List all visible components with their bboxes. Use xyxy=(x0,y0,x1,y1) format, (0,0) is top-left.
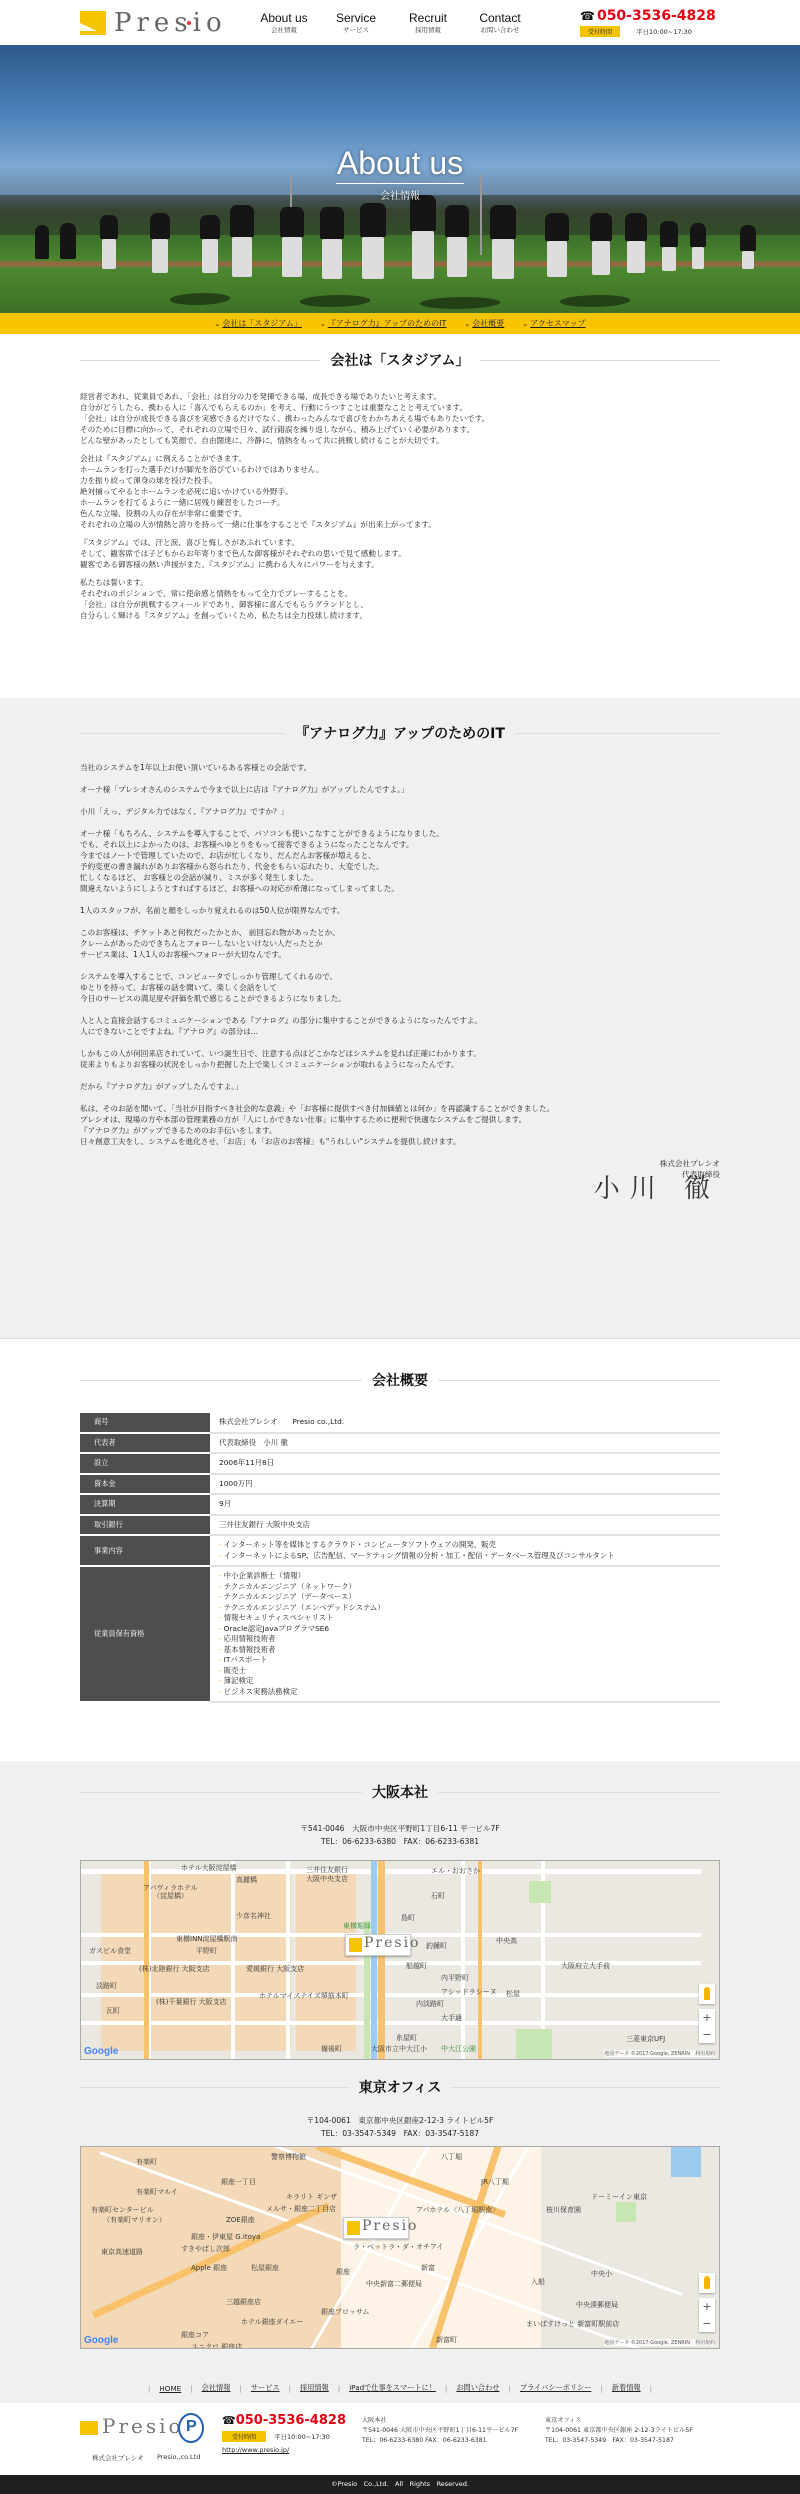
osaka-address: 〒541-0046 大阪市中央区平野町1丁目6-11 平一ビル7F TEL：06… xyxy=(80,1822,720,1848)
footer-link-privacy[interactable]: プライバシーポリシー xyxy=(520,2383,592,2393)
analog-title: 『アナログ力』アップのためのIT xyxy=(285,726,515,742)
nav-contact[interactable]: Contactお問い合わせ xyxy=(464,12,536,35)
logo-dot xyxy=(187,21,191,25)
map-label: 銀座プロッサム xyxy=(321,2307,370,2317)
street-view-pegman-icon[interactable] xyxy=(699,2273,715,2293)
office-address: 〒541-0046 大阪市中央区平野町1丁目6-11平一ビル7F xyxy=(362,2426,518,2436)
site-logo[interactable]: Presio xyxy=(80,10,200,38)
stadium-paragraph: 私たちは誓います。それぞれのポジションで、常に使命感と情熱をもって全力でプレーす… xyxy=(80,577,720,621)
map-copyright[interactable]: 地図データ ©2017 Google, ZENRIN 利用規約 xyxy=(604,2050,715,2057)
hero-player-legs xyxy=(547,241,567,277)
text-line: でも、それ以上によかったのは、お客様へゆとりをもって接客できるようになったことな… xyxy=(80,840,414,849)
map-label: ホテル銀座ダイエー xyxy=(241,2317,303,2327)
map-label: ホテルマイステイズ堺筋本町 xyxy=(259,1991,349,2001)
section-title: 大阪本社 xyxy=(80,1781,720,1805)
hero-player xyxy=(590,213,612,241)
anchor-stadium[interactable]: ⌄会社は「スタジアム」 xyxy=(215,318,302,329)
list-item-text: 情報セキュリティスペシャリスト xyxy=(224,1613,334,1622)
table-row: 代表者代表取締役 小川 徹 xyxy=(80,1434,720,1455)
hero-shadow xyxy=(296,295,374,307)
footer-link-home[interactable]: HOME xyxy=(159,2384,181,2393)
logo-mark-icon xyxy=(80,2421,98,2435)
row-value: 2006年11月8日 xyxy=(210,1454,720,1475)
text-line: ホームランを打った選手だけが脚光を浴びているわけではありません。 xyxy=(80,465,323,474)
row-value: 株式会社プレシオ Presio co.,Ltd. xyxy=(210,1413,720,1434)
anchor-analog-label: 『アナログ力』アップのためのIT xyxy=(328,319,447,328)
list-item-text: 簿記検定 xyxy=(224,1676,254,1685)
analog-paragraph: しかもこの人が何回来店されていて、いつ誕生日で、注意する点はどこかなどはシステム… xyxy=(80,1048,720,1070)
map-label: 大阪中央支店 xyxy=(306,1874,348,1884)
text-line: このお客様は、チケットあと何枚だったかとか、 前回忘れ物があったとか、 xyxy=(80,928,340,937)
map-label: ドーミーイン東京 xyxy=(591,2192,647,2202)
bullet: - xyxy=(219,1634,222,1643)
text-line: 従来よりもよりお客様の状況をしっかり把握した上で楽しくコミュニケーションが取れる… xyxy=(80,1060,459,1069)
list-item: -Oracle認定JavaプログラマSE6 xyxy=(219,1624,711,1635)
copyright-text: ©Presio Co.,Ltd. All Rights Reserved. xyxy=(331,2480,469,2488)
hero-title-en: About us xyxy=(336,145,464,184)
row-label: 事業内容 xyxy=(80,1536,210,1567)
map-label: すきやばし次郎 xyxy=(181,2244,230,2254)
section-title: 『アナログ力』アップのためのIT xyxy=(80,722,720,746)
map-river xyxy=(371,1861,377,2060)
signature-handwriting: 小川 徹 xyxy=(80,1184,720,1195)
map-marker-presio[interactable]: Presio xyxy=(345,1934,411,1956)
map-label: 内淡路町 xyxy=(416,1999,444,2009)
row-label: 取引銀行 xyxy=(80,1516,210,1537)
map-label: 中央高 xyxy=(496,1936,517,1946)
list-item-text: ITパスポート xyxy=(224,1655,268,1664)
map-label: 船越町 xyxy=(406,1961,427,1971)
hero-player xyxy=(545,213,569,241)
hero-player-legs xyxy=(102,239,116,269)
hero-player-legs xyxy=(662,247,676,271)
row-label: 従業員保有資格 xyxy=(80,1567,210,1703)
map-label: 有楽町センタービル xyxy=(91,2205,154,2215)
text-line: 「会社」は自分が挑戦するフィールドであり、御客様に喜んでもらうグランドとし、 xyxy=(80,600,368,609)
logo-mark-icon xyxy=(347,2221,360,2235)
bullet: - xyxy=(219,1613,222,1622)
text-line: 1人のスタッフが、名前と顔をしっかり覚えれるのは50人位が限界なんです。 xyxy=(80,906,344,915)
divider: | xyxy=(239,2384,241,2393)
map-label: 石町 xyxy=(431,1891,445,1901)
map-label: 松屋 xyxy=(506,1989,520,1999)
list-item-text: インターネットによるSP、広告配信、マーケティング情報の分析・加工・配信・データ… xyxy=(224,1551,615,1560)
phone-icon: ☎ xyxy=(222,2414,236,2427)
text-line: 私たちは誓います。 xyxy=(80,578,148,587)
zoom-in-button[interactable]: + xyxy=(699,2298,715,2315)
logo-text: Presio xyxy=(114,8,227,38)
site-header: Presio About us会社情報 Serviceサービス Recruit採… xyxy=(0,0,800,45)
map-label: 糸屋町 xyxy=(396,2033,417,2043)
text-line: 力を振り絞って渾身の球を投げた投手。 xyxy=(80,476,217,485)
hero-player xyxy=(360,203,386,237)
row-value: 1000万円 xyxy=(210,1475,720,1496)
stadium-paragraph: 『スタジアム』では、汗と涙、喜びと悔しさがあふれています。そして、観客席では子ど… xyxy=(80,537,720,570)
map-park xyxy=(616,2202,636,2222)
map-label: 銀座コア xyxy=(181,2330,209,2340)
anchor-access[interactable]: ⌄アクセスマップ xyxy=(522,318,585,329)
text-line: 会社は『スタジアム』に例えることができます。 xyxy=(80,454,246,463)
list-item-text: テクニカルエンジニア（ネットワーク） xyxy=(224,1582,356,1591)
bullet: - xyxy=(219,1676,222,1685)
hero-player-legs xyxy=(232,237,252,277)
nav-recruit-en: Recruit xyxy=(392,12,464,25)
footer-office-tokyo: 東京オフィス 〒104-0061 東京都中央区銀座 2-12-3ライトビル5F … xyxy=(545,2416,693,2446)
hero-player-legs xyxy=(322,239,342,279)
header-contact: ☎050-3536-4828 受付時間平日10:00~17:30 xyxy=(580,8,716,37)
nav-service[interactable]: Serviceサービス xyxy=(320,12,392,35)
map-zoom-control: +− xyxy=(699,2009,715,2043)
text-line: 『アナログ力』がアップできるためのお手伝いをします。 xyxy=(80,1126,277,1135)
map-label: 中央小 xyxy=(591,2269,612,2279)
row-label: 代表者 xyxy=(80,1434,210,1455)
map-road xyxy=(286,1861,290,2060)
hero-player xyxy=(100,215,118,239)
footer-office-osaka: 大阪本社 〒541-0046 大阪市中央区平野町1丁目6-11平一ビル7F TE… xyxy=(362,2416,518,2446)
stadium-paragraph: 会社は『スタジアム』に例えることができます。ホームランを打った選手だけが脚光を浴… xyxy=(80,453,720,530)
chevron-down-icon: ⌄ xyxy=(215,320,221,328)
text-line: 経営者であれ、従業員であれ、「会社」は自分の力を発揮できる場、成長できる場であり… xyxy=(80,392,441,401)
anchor-overview[interactable]: ⌄会社概要 xyxy=(464,318,504,329)
hero-player-legs xyxy=(447,237,467,277)
logo-mark-icon xyxy=(80,11,106,35)
bullet: - xyxy=(219,1645,222,1654)
map-label: 有楽町マルイ xyxy=(136,2187,178,2197)
divider: | xyxy=(289,2384,291,2393)
list-item: -テクニカルエンジニア（データベース） xyxy=(219,1592,711,1603)
hero-player-legs xyxy=(152,239,168,273)
anchor-access-label: アクセスマップ xyxy=(530,319,585,328)
hero-player xyxy=(200,215,220,239)
list-item: -販売士 xyxy=(219,1666,711,1677)
list-item: -応用情報技術者 xyxy=(219,1634,711,1645)
map-label: 有楽町 xyxy=(136,2157,157,2167)
list-item-text: 中小企業診断士（情報） xyxy=(224,1571,305,1580)
map-label: ホテル大阪淀屋橋 xyxy=(181,1863,237,1873)
map-label: キラリト ギンザ xyxy=(286,2192,337,2202)
hero-player xyxy=(490,205,516,239)
text-line: 忙しくなるほど、 お客様との会話が減り、ミスが多く発生しました。 xyxy=(80,873,318,882)
row-value: -インターネット等を媒体とするクラウド・コンピュータソフトウェアの開発、販売 -… xyxy=(210,1536,720,1567)
bullet: - xyxy=(219,1603,222,1612)
text-line: 間違えないようにしようとすればするほど、お客様への対応が希薄になってしまってまし… xyxy=(80,884,399,893)
map-park xyxy=(529,1881,551,1903)
text-line: プレシオは、現場の方や本部の管理業務の方が「人にしかできない仕事」に集中するため… xyxy=(80,1115,526,1124)
analog-body: 当社のシステムを1年以上お使い頂いているある客様との会話です。 オーナ様「プレシ… xyxy=(80,762,720,1195)
footer-hours: 受付時間平日10:00~17:30 xyxy=(222,2431,346,2442)
map-highway xyxy=(478,1861,482,2060)
analog-paragraph: このお客様は、チケットあと何枚だったかとか、 前回忘れ物があったとか、クレームが… xyxy=(80,927,720,960)
text-line: システムを導入することで、コンピュータでしっかり管理してくれるので、 xyxy=(80,972,337,981)
map-road xyxy=(81,1869,701,1874)
map-label: 少彦名神社 xyxy=(236,1911,271,1921)
osaka-map[interactable]: ホテル大阪淀屋橋 三井住友銀行 大阪中央支店 高麗橋 アパヴィラホテル （淀屋橋… xyxy=(80,1860,720,2060)
section-title: 会社概要 xyxy=(80,1369,720,1393)
footer-url-link[interactable]: http://www.presio.jp/ xyxy=(222,2446,346,2454)
table-row: 取引銀行三井住友銀行 大阪中央支店 xyxy=(80,1516,720,1537)
hero-player xyxy=(280,207,304,237)
text-line: しかもこの人が何回来店されていて、いつ誕生日で、注意する点はどこかなどはシステム… xyxy=(80,1049,481,1058)
text-line: 日々創意工夫をし、システムを進化させ、「お店」も「お店のお客様」も"うれしい"シ… xyxy=(80,1137,461,1146)
map-label: 松屋銀座 xyxy=(251,2263,279,2273)
footer-logo-text: Presio xyxy=(102,2414,184,2438)
hero-banner: About us 会社情報 xyxy=(0,45,800,313)
footer-phone[interactable]: ☎050-3536-4828 xyxy=(222,2413,346,2428)
map-label: エル・おおさか xyxy=(431,1866,480,1876)
divider: | xyxy=(600,2384,602,2393)
map-label: 中大江公園 xyxy=(441,2044,476,2054)
map-label: 愛媛銀行 大阪支店 xyxy=(246,1964,304,1974)
company-overview-table: 商号株式会社プレシオ Presio co.,Ltd. 代表者代表取締役 小川 徹… xyxy=(80,1413,720,1703)
text-line: 自分がどうしたら、携わる人に「喜んでもらえるのか」を考え、行動にうつすことは重要… xyxy=(80,403,467,412)
header-hours: 受付時間平日10:00~17:30 xyxy=(580,26,716,37)
text-line: 私は、そのお話を聞いて、「当社が目指すべき社会的な意義」や「お客様に提供すべき付… xyxy=(80,1104,554,1113)
office-name: 大阪本社 xyxy=(362,2416,518,2426)
divider: | xyxy=(650,2384,652,2393)
text-line: サービス業は、1人1人のお客様へフォローが大切なんです。 xyxy=(80,950,286,959)
hero-title: About us 会社情報 xyxy=(0,145,800,202)
map-label: 大阪市立中大江小 xyxy=(371,2044,427,2054)
hero-shadow xyxy=(166,293,234,305)
text-line: 予約変更の書き漏れがありお客様から怒られたり、代金をもらい忘れたり、大変でした。 xyxy=(80,862,384,871)
list-item: -ITパスポート xyxy=(219,1655,711,1666)
list-item: -テクニカルエンジニア（ネットワーク） xyxy=(219,1582,711,1593)
hours-text: 平日10:00~17:30 xyxy=(636,27,692,36)
footer-contact: ☎050-3536-4828 受付時間平日10:00~17:30 http://… xyxy=(222,2413,346,2454)
street-view-pegman-icon[interactable] xyxy=(699,1984,715,2004)
map-park xyxy=(516,2029,552,2060)
table-row: 決算期9月 xyxy=(80,1495,720,1516)
zoom-out-button[interactable]: − xyxy=(699,2315,715,2332)
nav-service-en: Service xyxy=(320,12,392,25)
divider: | xyxy=(190,2384,192,2393)
footer-logo[interactable]: Presio xyxy=(80,2416,166,2440)
row-value: -中小企業診断士（情報） -テクニカルエンジニア（ネットワーク） -テクニカルエ… xyxy=(210,1567,720,1703)
list-item-text: テクニカルエンジニア（データベース） xyxy=(224,1592,356,1601)
osaka-telfax: TEL：06-6233-6380 FAX：06-6233-6381 xyxy=(80,1835,720,1848)
map-label: アシッドラシーヌ xyxy=(441,1987,497,1997)
text-line: オーナ様「もちろん、システムを導入することで、パソコンも使いこなすことができるよ… xyxy=(80,829,444,838)
tokyo-address-line: 〒104-0061 東京都中央区銀座2-12-3 ライトビル5F xyxy=(80,2114,720,2127)
text-line: どんな壁があったとしても笑顔で、自由闊達に、冷静に、情熱をもって共に挑戦し続ける… xyxy=(80,436,444,445)
analog-paragraph: システムを導入することで、コンピュータでしっかり管理してくれるので、ゆとりを持っ… xyxy=(80,971,720,1004)
list-item: -インターネットによるSP、広告配信、マーケティング情報の分析・加工・配信・デー… xyxy=(219,1551,711,1562)
hero-player-legs xyxy=(362,237,384,279)
hero-shadow xyxy=(416,297,504,309)
row-label: 資本金 xyxy=(80,1475,210,1496)
map-label: 東京高速道路 xyxy=(101,2247,143,2257)
map-label: 中央湊郵便局 xyxy=(576,2300,618,2310)
hero-player-legs xyxy=(412,231,434,279)
text-line: 「会社」は自分が成長できる喜びを実感できるだけでなく、携わったみんなで喜びをわか… xyxy=(80,414,489,423)
nav-about-en: About us xyxy=(248,12,320,25)
map-label: 釣鐘町 xyxy=(426,1941,447,1951)
bullet: - xyxy=(219,1592,222,1601)
footer-link-recruit[interactable]: 採用情報 xyxy=(300,2383,329,2393)
office-name: 東京オフィス xyxy=(545,2416,693,2426)
text-line: 今日のサービスの満足度や評価を肌で感じることができるようになりました。 xyxy=(80,994,346,1003)
row-value: 9月 xyxy=(210,1495,720,1516)
footer-link-contact[interactable]: お問い合わせ xyxy=(456,2383,499,2393)
map-zoom-control: +− xyxy=(699,2298,715,2332)
map-label: Apple 銀座 xyxy=(191,2263,227,2273)
osaka-address-line: 〒541-0046 大阪市中央区平野町1丁目6-11 平一ビル7F xyxy=(80,1822,720,1835)
bullet: - xyxy=(219,1666,222,1675)
chevron-down-icon: ⌄ xyxy=(522,320,528,328)
nav-about[interactable]: About us会社情報 xyxy=(248,12,320,35)
bullet: - xyxy=(219,1655,222,1664)
copyright-bar: ©Presio Co.,Ltd. All Rights Reserved. xyxy=(0,2475,800,2494)
hero-player-legs xyxy=(627,241,645,273)
zoom-out-button[interactable]: − xyxy=(699,2026,715,2043)
hero-player xyxy=(445,205,469,237)
map-marker-presio[interactable]: Presio xyxy=(343,2217,409,2239)
bullet: - xyxy=(219,1571,222,1580)
hero-player-legs xyxy=(692,247,704,269)
map-label: アパホテル〈八丁堀駅南〉 xyxy=(416,2205,499,2215)
map-copyright[interactable]: 地図データ ©2017 Google, ZENRIN 利用規約 xyxy=(604,2339,715,2346)
row-value: 三井住友銀行 大阪中央支店 xyxy=(210,1516,720,1537)
map-label: （有楽町マリオン） xyxy=(103,2215,166,2225)
nav-recruit-ja: 採用情報 xyxy=(392,25,464,35)
tokyo-telfax: TEL：03-3547-5349 FAX：03-3547-5187 xyxy=(80,2127,720,2140)
bullet: - xyxy=(219,1687,222,1696)
list-item: -基本情報技術者 xyxy=(219,1645,711,1656)
list-item: -テクニカルエンジニア（エンベデッドシステム） xyxy=(219,1603,711,1614)
page-anchor-nav: ⌄会社は「スタジアム」 ⌄『アナログ力』アップのためのIT ⌄会社概要 ⌄アクセ… xyxy=(0,313,800,334)
list-item: -ビジネス実務法務検定 xyxy=(219,1687,711,1698)
list-item-text: Oracle認定JavaプログラマSE6 xyxy=(224,1624,329,1633)
stadium-title: 会社は「スタジアム」 xyxy=(320,353,479,369)
list-item: -インターネット等を媒体とするクラウド・コンピュータソフトウェアの開発、販売 xyxy=(219,1540,711,1551)
tokyo-address: 〒104-0061 東京都中央区銀座2-12-3 ライトビル5F TEL：03-… xyxy=(80,2114,720,2140)
marker-logo-text: Presio xyxy=(364,1935,421,1951)
bullet: - xyxy=(219,1582,222,1591)
text-line: 『スタジアム』では、汗と涙、喜びと悔しさがあふれています。 xyxy=(80,538,299,547)
office-address: 〒104-0061 東京都中央区銀座 2-12-3ライトビル5F xyxy=(545,2426,693,2436)
hero-player xyxy=(625,213,647,241)
overview-title: 会社概要 xyxy=(362,1373,438,1389)
text-line: 観客である御客様の熱い声援がまた、『スタジアム』に携わる人々にパワーを与えます。 xyxy=(80,560,379,569)
divider: | xyxy=(445,2384,447,2393)
divider: | xyxy=(338,2384,340,2393)
map-water xyxy=(671,2147,701,2177)
anchor-analog[interactable]: ⌄『アナログ力』アップのためのIT xyxy=(320,318,447,329)
bullet: - xyxy=(219,1551,222,1560)
map-road xyxy=(231,1861,235,2060)
stadium-paragraph: 経営者であれ、従業員であれ、「会社」は自分の力を発揮できる場、成長できる場であり… xyxy=(80,391,720,446)
site-footer: Presio 株式会社プレシオ Presio.,co.Ltd ☎050-3536… xyxy=(0,2403,800,2475)
anchor-stadium-label: 会社は「スタジアム」 xyxy=(222,319,301,328)
map-label: 入船 xyxy=(531,2277,545,2287)
map-label: (株)千葉銀行 大阪支店 xyxy=(156,1997,227,2007)
footer-company-en: Presio.,co.Ltd xyxy=(157,2453,200,2461)
header-phone-number: 050-3536-4828 xyxy=(597,8,716,24)
row-label: 商号 xyxy=(80,1413,210,1434)
map-label: まいばすけっと 新富町駅前店 xyxy=(526,2319,619,2329)
hero-player xyxy=(35,225,49,259)
table-row: 設立2006年11月8日 xyxy=(80,1454,720,1475)
nav-service-ja: サービス xyxy=(320,25,392,35)
map-label: メルサ・銀座二丁目店 xyxy=(266,2204,336,2214)
list-item-text: テクニカルエンジニア（エンベデッドシステム） xyxy=(224,1603,385,1612)
hero-player-legs xyxy=(742,251,754,269)
table-row: 資本金1000万円 xyxy=(80,1475,720,1496)
map-label: 警察博物館 xyxy=(271,2152,306,2162)
google-logo: Google xyxy=(84,2046,118,2057)
text-line: 自分らしく輝ける『スタジアム』を創っていくため、私たちは全力投球し続けます。 xyxy=(80,611,367,620)
list-item-text: ビジネス実務法務検定 xyxy=(224,1687,298,1696)
hero-player xyxy=(690,223,706,247)
analog-paragraph: 人と人と直接会話するコミュニケーションである『アナログ』の部分に集中することがで… xyxy=(80,1015,720,1037)
hero-player xyxy=(740,225,756,251)
bullet: - xyxy=(219,1540,222,1549)
text-line: 絶対捕ってやるとホームランを必死に追いかけている外野手。 xyxy=(80,487,293,496)
text-line: 当社のシステムを1年以上お使い頂いているある客様との会話です。 xyxy=(80,763,311,772)
signature-block: 株式会社プレシオ 代表取締役 小川 徹 xyxy=(80,1158,720,1195)
map-label: 内平野町 xyxy=(441,1973,469,1983)
map-label: ガスビル食堂 xyxy=(89,1946,131,1956)
tokyo-title: 東京オフィス xyxy=(349,2080,451,2096)
section-analog: 『アナログ力』アップのためのIT 当社のシステムを1年以上お使い頂いているある客… xyxy=(0,698,800,1338)
text-line: 色んな立場、役割の人の存在が非常に重要です。 xyxy=(80,509,246,518)
text-line: 小川「えっ、デジタル力ではなく、『アナログ力』ですか？」 xyxy=(80,807,288,816)
footer-link-company[interactable]: 会社情報 xyxy=(202,2383,231,2393)
section-title: 会社は「スタジアム」 xyxy=(80,349,720,373)
hero-player-legs xyxy=(202,239,218,273)
nav-recruit[interactable]: Recruit採用情報 xyxy=(392,12,464,35)
hero-player-legs xyxy=(592,241,610,275)
tokyo-map[interactable]: 有楽町 警察博物館 銀座一丁目 有楽町マルイ キラリト ギンザ メルサ・銀座二丁… xyxy=(80,2146,720,2349)
phone-icon: ☎ xyxy=(580,9,595,23)
map-label: 大阪府立大手前 xyxy=(561,1961,610,1971)
map-label: 瓦町 xyxy=(106,2006,120,2016)
map-label: 新富 xyxy=(421,2263,435,2273)
nav-about-ja: 会社情報 xyxy=(248,25,320,35)
hero-shadow xyxy=(556,295,634,307)
map-label: 東横INN淀屋橋駅南 xyxy=(176,1934,238,1944)
table-row: 従業員保有資格 -中小企業診断士（情報） -テクニカルエンジニア（ネットワーク）… xyxy=(80,1567,720,1703)
zoom-in-button[interactable]: + xyxy=(699,2009,715,2026)
analog-paragraph: 1人のスタッフが、名前と顔をしっかり覚えれるのは50人位が限界なんです。 xyxy=(80,905,720,916)
map-label: 三菱東京UFJ xyxy=(626,2034,665,2044)
map-label: 銀座・伊東屋 G.itoya xyxy=(191,2232,260,2242)
office-telfax: TEL：06-6233-6380 FAX：06-6233-6381 xyxy=(362,2436,518,2446)
section-overview: 会社概要 商号株式会社プレシオ Presio co.,Ltd. 代表者代表取締役… xyxy=(0,1338,800,1761)
list-item-text: 応用情報技術者 xyxy=(224,1634,276,1643)
map-road xyxy=(461,1861,465,2060)
text-line: それぞれのポジションで、常に使命感と情熱をもって全力でプレーすることを。 xyxy=(80,589,352,598)
text-line: それぞれの立場の人が情熱と誇りを持って一緒に仕事をすることで『スタジアム』が出来… xyxy=(80,520,436,529)
footer-company-ja: 株式会社プレシオ xyxy=(92,2453,144,2462)
stadium-body: 経営者であれ、従業員であれ、「会社」は自分の力を発揮できる場、成長できる場であり… xyxy=(80,391,720,621)
map-label: 桜川保育園 xyxy=(546,2205,581,2215)
footer-link-news[interactable]: 新着情報 xyxy=(612,2383,641,2393)
header-phone[interactable]: ☎050-3536-4828 xyxy=(580,8,716,24)
section-title: 東京オフィス xyxy=(80,2076,720,2100)
map-label: 大手通 xyxy=(441,2013,462,2023)
section-access: 大阪本社 〒541-0046 大阪市中央区平野町1丁目6-11 平一ビル7F T… xyxy=(0,1761,800,2403)
hours-badge: 受付時間 xyxy=(222,2431,266,2442)
footer-link-ipad[interactable]: iPadで仕事をスマートに！ xyxy=(349,2383,436,2393)
osaka-title: 大阪本社 xyxy=(362,1785,438,1801)
global-nav: About us会社情報 Serviceサービス Recruit採用情報 Con… xyxy=(248,12,536,35)
footer-link-service[interactable]: サービス xyxy=(251,2383,280,2393)
hours-text: 平日10:00~17:30 xyxy=(274,2432,330,2441)
table-row: 事業内容 -インターネット等を媒体とするクラウド・コンピュータソフトウェアの開発… xyxy=(80,1536,720,1567)
text-line: ホームランを打てるように一緒に居残り練習をしたコーチ。 xyxy=(80,498,285,507)
anchor-overview-label: 会社概要 xyxy=(472,319,504,328)
